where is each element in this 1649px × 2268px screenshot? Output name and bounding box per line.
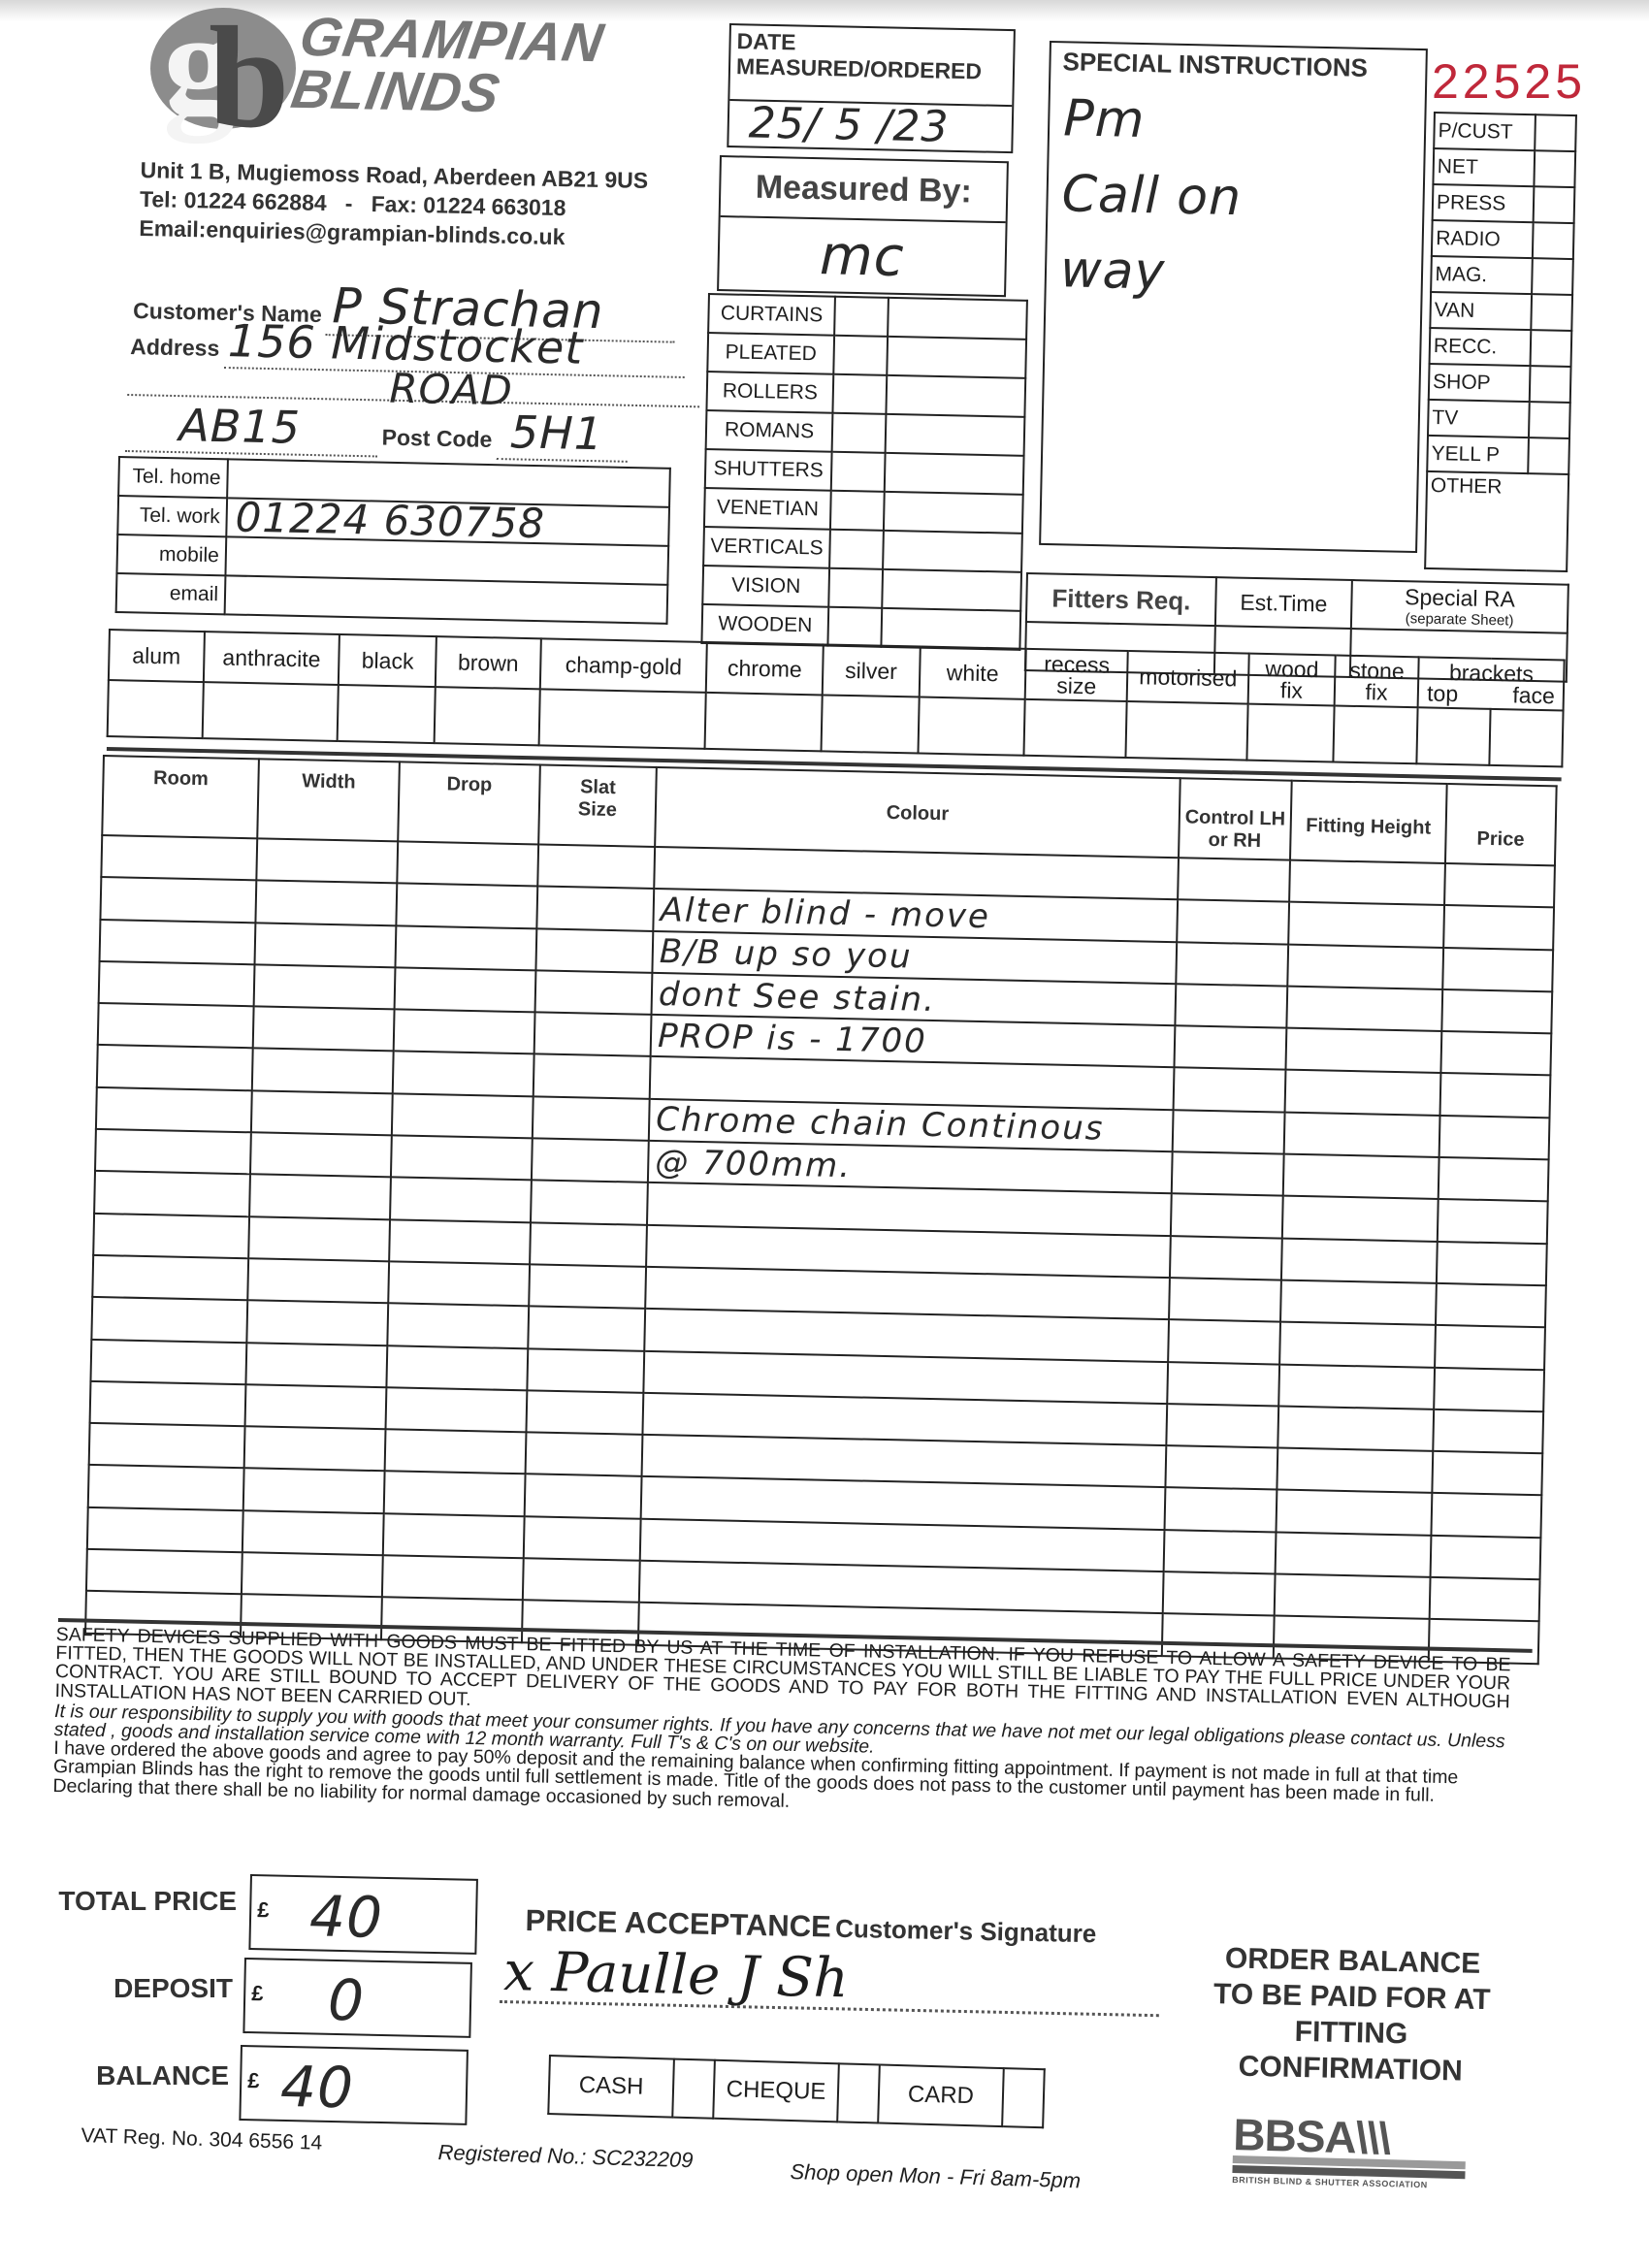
order-cell-price[interactable] — [1433, 1409, 1543, 1454]
product-row: ROLLERS — [706, 372, 1025, 417]
lead-source-checkbox[interactable] — [1534, 186, 1575, 223]
order-cell-slat[interactable] — [532, 1138, 649, 1183]
col-header-width: Width — [257, 759, 400, 841]
order-cell-width[interactable] — [256, 838, 398, 883]
order-cell-width[interactable] — [250, 1132, 392, 1177]
finish-header: anthracite — [204, 632, 340, 685]
logo-letter-b: b — [209, 5, 289, 150]
order-cell-width[interactable] — [251, 1090, 393, 1135]
order-cell-fitting-height[interactable] — [1284, 1112, 1440, 1157]
product-label: CURTAINS — [708, 294, 835, 336]
order-cell-room[interactable] — [99, 961, 255, 1007]
brackets-header: brackets topface — [1418, 657, 1565, 710]
order-cell-width[interactable] — [246, 1301, 388, 1345]
lead-source-label: MAG. — [1431, 256, 1533, 294]
vat-number: VAT Reg. No. 304 6556 14 — [81, 2124, 322, 2155]
order-cell-drop[interactable] — [382, 1555, 524, 1600]
order-cell-fitting-height[interactable] — [1279, 1322, 1436, 1368]
product-qty-cell[interactable] — [829, 530, 884, 569]
product-label: ROLLERS — [706, 372, 833, 413]
product-row: ROMANS — [706, 410, 1025, 456]
contact-label: mobile — [116, 535, 226, 575]
order-cell-slat[interactable] — [533, 1054, 651, 1099]
order-cell-drop[interactable] — [386, 1345, 528, 1390]
order-cell-control[interactable] — [1173, 1110, 1285, 1154]
product-qty-cell[interactable] — [831, 452, 886, 492]
finish-header: white — [919, 647, 1026, 699]
order-cell-drop[interactable] — [388, 1261, 530, 1306]
special-instructions-box: SPECIAL INSTRUCTIONS Pm Call on way — [1039, 41, 1428, 553]
order-cell-drop[interactable] — [390, 1178, 532, 1222]
lead-source-row: MAG. — [1431, 256, 1573, 295]
col-header-colour: Colour — [655, 767, 1180, 858]
col-header-fitting-height: Fitting Height — [1290, 781, 1447, 863]
special-ra-subtitle: (separate Sheet) — [1352, 609, 1567, 631]
lead-source-label: RECC. — [1430, 328, 1532, 366]
product-detail-cell[interactable] — [885, 453, 1024, 495]
product-detail-cell[interactable] — [888, 298, 1027, 340]
order-cell-fitting-height[interactable] — [1275, 1574, 1431, 1620]
order-cell-price[interactable] — [1441, 989, 1552, 1034]
date-value-field[interactable]: 25/ 5 /23 — [728, 101, 1012, 151]
date-measured-box: DATE MEASURED/ORDERED 25/ 5 /23 — [727, 23, 1016, 153]
payment-cheque-label: CHEQUE — [713, 2060, 839, 2122]
lead-source-checkbox[interactable] — [1531, 330, 1572, 367]
product-label: SHUTTERS — [705, 449, 832, 491]
order-cell-room[interactable] — [90, 1381, 246, 1427]
lead-source-table: P/CUST NET PRESS RADIO MAG. VAN RECC. SH… — [1424, 112, 1577, 572]
order-cell-price[interactable] — [1438, 1199, 1548, 1244]
product-label: WOODEN — [701, 604, 828, 646]
lead-source-label: P/CUST — [1434, 113, 1536, 150]
order-cell-slat[interactable] — [529, 1264, 646, 1309]
order-cell-drop[interactable] — [384, 1472, 526, 1516]
order-number: 22525 — [1432, 53, 1586, 110]
postcode-label: Post Code — [381, 425, 492, 452]
deposit-field[interactable]: 0 — [327, 1967, 365, 2034]
order-cell-drop[interactable] — [396, 884, 537, 928]
product-row: CURTAINS — [708, 294, 1027, 340]
company-contact-block: Unit 1 B, Mugiemoss Road, Aberdeen AB21 … — [139, 155, 648, 253]
order-cell-drop[interactable] — [389, 1219, 531, 1264]
finish-checkbox-black[interactable] — [338, 685, 436, 743]
order-cell-width[interactable] — [245, 1384, 387, 1429]
col-header-drop: Drop — [398, 761, 540, 844]
order-cell-width[interactable] — [252, 1049, 394, 1093]
order-cell-width[interactable] — [254, 964, 396, 1009]
order-cell-drop[interactable] — [394, 1010, 535, 1054]
lead-source-label: RADIO — [1432, 220, 1534, 258]
order-cell-fitting-height[interactable] — [1278, 1364, 1435, 1409]
lead-source-row: RECC. — [1430, 328, 1572, 367]
company-logo-text: GRAMPIAN BLINDS — [288, 11, 607, 122]
order-cell-slat[interactable] — [523, 1558, 640, 1603]
order-cell-fitting-height[interactable] — [1288, 902, 1444, 948]
order-cell-price[interactable] — [1440, 1073, 1551, 1118]
order-cell-room[interactable] — [92, 1255, 248, 1301]
order-cell-control[interactable] — [1174, 1025, 1286, 1070]
product-row: SHUTTERS — [705, 449, 1024, 495]
product-qty-cell[interactable] — [832, 413, 887, 453]
order-cell-price[interactable] — [1431, 1536, 1541, 1580]
lead-source-label: TV — [1428, 400, 1530, 437]
lead-source-label: NET — [1433, 148, 1535, 186]
measured-by-box: Measured By: mc — [717, 155, 1009, 297]
order-cell-drop[interactable] — [391, 1135, 533, 1180]
order-cell-control[interactable] — [1163, 1571, 1276, 1616]
order-cell-slat[interactable] — [534, 1013, 652, 1057]
lead-source-label: PRESS — [1433, 184, 1535, 222]
product-qty-cell[interactable] — [834, 297, 889, 337]
finish-checkbox-anthracite[interactable] — [202, 682, 339, 741]
product-detail-cell[interactable] — [884, 492, 1023, 534]
total-price-label: TOTAL PRICE — [43, 1886, 237, 1917]
order-cell-fitting-height[interactable] — [1277, 1406, 1434, 1451]
terms-block: SAFETY DEVICES SUPPLIED WITH GOODS MUST … — [52, 1626, 1510, 1826]
order-cell-control[interactable] — [1175, 984, 1287, 1028]
brackets-top-label: top — [1427, 682, 1458, 704]
price-acceptance-title: PRICE ACCEPTANCE — [525, 1903, 831, 1944]
lead-source-checkbox[interactable] — [1528, 437, 1569, 474]
order-cell-room[interactable] — [100, 920, 256, 965]
payment-method-table: CASH CHEQUE CARD — [547, 2055, 1046, 2128]
lead-source-label: SHOP — [1429, 364, 1531, 402]
order-cell-fitting-height[interactable] — [1286, 987, 1442, 1032]
order-cell-fitting-height[interactable] — [1283, 1154, 1439, 1200]
product-qty-cell[interactable] — [833, 336, 888, 375]
fitters-req-label: Fitters Req. — [1026, 573, 1216, 626]
order-cell-price[interactable] — [1439, 1116, 1550, 1160]
date-label: DATE MEASURED/ORDERED — [729, 25, 1014, 107]
order-cell-price[interactable] — [1444, 863, 1555, 908]
finish-checkbox-brown[interactable] — [435, 687, 540, 745]
finish-header: chrome — [706, 642, 824, 695]
product-qty-cell[interactable] — [830, 491, 885, 531]
order-cell-fitting-height[interactable] — [1285, 1070, 1441, 1116]
finish-checkbox-chrome[interactable] — [705, 693, 823, 751]
order-cell-fitting-height[interactable] — [1276, 1532, 1432, 1577]
order-cell-price[interactable] — [1436, 1283, 1546, 1328]
lead-source-other-field[interactable]: OTHER — [1425, 471, 1568, 571]
order-cell-drop[interactable] — [383, 1513, 525, 1558]
order-cell-slat[interactable] — [535, 970, 653, 1015]
brackets-top-checkbox[interactable] — [1417, 707, 1491, 765]
order-cell-control[interactable] — [1165, 1488, 1277, 1533]
bbsa-logo: BBSA\\\ BRITISH BLIND & SHUTTER ASSOCIAT… — [1232, 2115, 1467, 2190]
finish-header: stone fix — [1335, 655, 1419, 707]
order-cell-price[interactable] — [1431, 1493, 1541, 1538]
deposit-box: £ 0 — [242, 1958, 472, 2038]
order-cell-control[interactable] — [1178, 858, 1290, 902]
product-label: VERTICALS — [703, 527, 830, 568]
order-cell-control[interactable] — [1168, 1319, 1280, 1364]
pound-sign: £ — [251, 1981, 264, 2006]
order-cell-width[interactable] — [249, 1175, 391, 1219]
pound-sign: £ — [257, 1897, 270, 1923]
special-instructions-field[interactable]: Pm Call on way — [1046, 81, 1425, 315]
lead-source-row: VAN — [1430, 292, 1572, 331]
special-ra-label: Special RA(separate Sheet) — [1351, 580, 1568, 633]
lead-source-checkbox[interactable] — [1535, 114, 1576, 151]
order-cell-width[interactable] — [255, 881, 397, 925]
deposit-label: DEPOSIT — [39, 1973, 233, 2004]
order-cell-room[interactable] — [96, 1087, 252, 1133]
order-cell-width[interactable] — [245, 1343, 387, 1387]
order-cell-slat[interactable] — [536, 887, 654, 931]
lead-source-row: NET — [1433, 148, 1575, 187]
order-cell-slat[interactable] — [537, 844, 655, 889]
product-type-table: CURTAINS PLEATED ROLLERS ROMANS SHUTTERS… — [700, 293, 1028, 651]
lead-source-label: YELL P — [1427, 436, 1529, 473]
balance-box: £ 40 — [239, 2045, 469, 2125]
order-cell-room[interactable] — [88, 1465, 244, 1510]
payment-card-label: CARD — [878, 2065, 1004, 2127]
lead-source-row-other: OTHER — [1425, 471, 1568, 571]
order-cell-width[interactable] — [255, 923, 397, 967]
order-cell-slat[interactable] — [525, 1474, 642, 1519]
lead-source-checkbox[interactable] — [1530, 366, 1571, 403]
shop-hours: Shop open Mon - Fri 8am-5pm — [790, 2159, 1081, 2193]
email-field[interactable] — [225, 575, 668, 624]
order-cell-fitting-height[interactable] — [1289, 860, 1445, 906]
product-row: VERTICALS — [703, 527, 1022, 572]
order-cell-drop[interactable] — [386, 1387, 528, 1432]
product-qty-cell[interactable] — [827, 607, 882, 647]
product-label: VENETIAN — [704, 488, 831, 530]
finish-checkbox-silver[interactable] — [821, 695, 919, 753]
product-detail-cell[interactable] — [887, 337, 1026, 378]
order-cell-room[interactable] — [93, 1214, 249, 1259]
lead-source-row: PRESS — [1433, 184, 1575, 223]
order-cell-width[interactable] — [253, 1007, 395, 1052]
order-cell-width[interactable] — [244, 1426, 386, 1471]
order-cell-price[interactable] — [1434, 1367, 1544, 1411]
product-detail-cell[interactable] — [886, 414, 1025, 456]
contact-label: email — [116, 573, 226, 614]
order-cell-drop[interactable] — [385, 1429, 527, 1474]
order-cell-control[interactable] — [1164, 1530, 1277, 1574]
lead-source-checkbox[interactable] — [1535, 150, 1576, 187]
order-cell-room[interactable] — [86, 1549, 242, 1595]
order-cell-price[interactable] — [1443, 905, 1554, 950]
order-cell-fitting-height[interactable] — [1285, 1028, 1441, 1074]
order-balance-notice: ORDER BALANCE TO BE PAID FOR AT FITTING … — [1205, 1940, 1499, 2090]
order-cell-room[interactable] — [90, 1339, 246, 1384]
customer-signature-field[interactable]: x Paulle J Sh — [503, 1940, 850, 2010]
order-cell-width[interactable] — [242, 1552, 383, 1597]
order-cell-room[interactable] — [94, 1171, 250, 1216]
special-ra-title: Special RA — [1405, 584, 1515, 611]
product-detail-cell[interactable] — [882, 569, 1021, 611]
lead-source-row: RADIO — [1432, 220, 1574, 259]
order-cell-control[interactable] — [1174, 1068, 1286, 1113]
order-cell-room[interactable] — [97, 1045, 253, 1090]
order-cell-drop[interactable] — [387, 1304, 529, 1348]
finish-header: recess size — [1025, 649, 1128, 701]
order-cell-room[interactable] — [95, 1129, 251, 1175]
col-header-room: Room — [102, 756, 259, 838]
finish-header: alum — [109, 630, 205, 682]
order-cell-slat[interactable] — [524, 1516, 641, 1561]
finish-header: black — [339, 634, 436, 687]
product-label: VISION — [702, 566, 829, 607]
payment-card-checkbox[interactable] — [1002, 2068, 1045, 2127]
order-cell-price[interactable] — [1440, 1031, 1551, 1076]
finish-checkbox-recess-size[interactable] — [1024, 699, 1127, 758]
order-lines-table: Room Width Drop Slat Size Colour Control… — [84, 755, 1558, 1665]
lead-source-row: YELL P — [1427, 436, 1569, 474]
finish-header: wood fix — [1248, 654, 1336, 706]
pound-sign: £ — [247, 2068, 260, 2093]
order-cell-price[interactable] — [1430, 1577, 1540, 1622]
product-qty-cell[interactable] — [828, 568, 883, 608]
order-cell-slat[interactable] — [531, 1181, 648, 1225]
order-cell-price[interactable] — [1442, 948, 1553, 992]
lead-source-checkbox[interactable] — [1529, 402, 1570, 438]
order-cell-control[interactable] — [1167, 1362, 1279, 1407]
order-cell-drop[interactable] — [393, 1052, 534, 1096]
product-detail-cell[interactable] — [886, 375, 1025, 417]
total-price-box: £ 40 — [248, 1874, 478, 1955]
order-cell-control[interactable] — [1177, 900, 1289, 945]
order-cell-fitting-height[interactable] — [1280, 1280, 1437, 1326]
order-cell-fitting-height[interactable] — [1282, 1196, 1439, 1242]
order-cell-price[interactable] — [1439, 1157, 1549, 1202]
product-label: ROMANS — [706, 410, 833, 452]
postcode-field[interactable]: 5H1 — [496, 405, 628, 463]
order-cell-control[interactable] — [1171, 1194, 1283, 1239]
address-line3-field[interactable]: AB15 — [125, 398, 378, 457]
brackets-face-label: face — [1512, 684, 1555, 706]
order-cell-room[interactable] — [89, 1423, 245, 1469]
lead-source-row: SHOP — [1429, 364, 1571, 403]
finish-checkbox-champ-gold[interactable] — [538, 689, 706, 749]
measured-by-field[interactable]: mc — [719, 217, 1006, 297]
lead-source-label: VAN — [1430, 292, 1532, 330]
order-cell-control[interactable] — [1165, 1445, 1277, 1490]
col-header-price: Price — [1445, 784, 1557, 865]
order-cell-price[interactable] — [1432, 1451, 1542, 1496]
finish-checkbox-alum[interactable] — [108, 680, 204, 738]
order-cell-room[interactable] — [101, 835, 257, 881]
contact-label: Tel. work — [117, 496, 227, 536]
order-cell-fitting-height[interactable] — [1287, 944, 1443, 989]
lead-source-checkbox[interactable] — [1533, 222, 1574, 259]
tel-work-field[interactable]: 01224 630758 — [226, 498, 669, 546]
product-detail-cell[interactable] — [881, 608, 1020, 650]
order-cell-slat[interactable] — [527, 1348, 644, 1393]
bbsa-mark: BBSA\\\ — [1233, 2115, 1467, 2159]
product-row: VISION — [702, 566, 1021, 611]
finish-checkbox-wood-fix[interactable] — [1246, 704, 1334, 762]
order-cell-slat[interactable] — [526, 1390, 643, 1435]
measured-by-label: Measured By: — [721, 157, 1007, 223]
payment-cash-label: CASH — [548, 2056, 674, 2118]
order-cell-room[interactable] — [98, 1003, 254, 1049]
lead-source-checkbox[interactable] — [1532, 294, 1573, 331]
lead-source-checkbox[interactable] — [1532, 258, 1573, 295]
order-cell-room[interactable] — [100, 877, 256, 923]
order-cell-control[interactable] — [1170, 1236, 1282, 1280]
payment-cash-checkbox[interactable] — [672, 2059, 715, 2119]
contact-label: Tel. home — [118, 457, 228, 498]
order-cell-width[interactable] — [242, 1510, 384, 1555]
order-cell-slat[interactable] — [535, 928, 653, 973]
order-cell-drop[interactable] — [395, 925, 536, 970]
order-cell-price[interactable] — [1437, 1242, 1547, 1286]
brackets-face-checkbox[interactable] — [1489, 709, 1563, 767]
finish-checkbox-white[interactable] — [918, 697, 1025, 756]
balance-field[interactable]: 40 — [279, 2054, 354, 2122]
order-cell-width[interactable] — [247, 1258, 389, 1303]
finish-header: motorised — [1127, 651, 1249, 704]
product-row: PLEATED — [707, 333, 1026, 378]
lead-source-row: TV — [1428, 400, 1570, 438]
customer-signature-label: Customer's Signature — [835, 1914, 1097, 1949]
col-header-slat-size: Slat Size — [538, 764, 657, 846]
date-label-line2: MEASURED/ORDERED — [736, 53, 1007, 84]
order-cell-width[interactable] — [243, 1469, 385, 1513]
order-cell-fitting-height[interactable] — [1277, 1448, 1433, 1494]
order-cell-fitting-height[interactable] — [1281, 1238, 1438, 1283]
order-cell-room[interactable] — [91, 1297, 247, 1343]
registered-number: Registered No.: SC232209 — [437, 2140, 694, 2173]
order-cell-price[interactable] — [1435, 1325, 1545, 1370]
address-label: Address — [130, 334, 220, 361]
order-cell-drop[interactable] — [395, 967, 536, 1012]
col-header-control: Control LH or RH — [1179, 778, 1292, 859]
order-cell-control[interactable] — [1172, 1151, 1284, 1196]
order-cell-drop[interactable] — [397, 841, 538, 886]
balance-label: BALANCE — [35, 2060, 229, 2091]
total-price-field[interactable]: 40 — [308, 1883, 383, 1951]
order-cell-drop[interactable] — [392, 1093, 533, 1138]
order-form-page: g b GRAMPIAN BLINDS Unit 1 B, Mugiemoss … — [0, 0, 1649, 2268]
order-cell-control[interactable] — [1166, 1404, 1278, 1448]
address-line3-row: AB15 Post Code 5H1 — [125, 398, 698, 464]
finish-header: brown — [436, 636, 541, 689]
order-cell-control[interactable] — [1169, 1278, 1281, 1322]
contact-table: Tel. home Tel. work01224 630758 mobile e… — [115, 456, 671, 625]
finish-header: silver — [823, 644, 921, 697]
order-cell-control[interactable] — [1176, 942, 1288, 987]
lead-source-row: P/CUST — [1434, 113, 1576, 151]
order-cell-slat[interactable] — [528, 1307, 645, 1351]
product-label: PLEATED — [707, 333, 834, 374]
product-row: VENETIAN — [704, 488, 1023, 534]
order-cell-slat[interactable] — [533, 1096, 650, 1141]
product-qty-cell[interactable] — [832, 374, 887, 414]
order-cell-slat[interactable] — [530, 1222, 647, 1267]
payment-cheque-checkbox[interactable] — [837, 2063, 880, 2122]
order-cell-fitting-height[interactable] — [1276, 1490, 1432, 1536]
est-time-label: Est.Time — [1215, 577, 1352, 629]
order-cell-room[interactable] — [87, 1507, 243, 1553]
order-cell-width[interactable] — [248, 1216, 390, 1261]
finish-checkbox-stone-fix[interactable] — [1333, 705, 1417, 763]
order-cell-slat[interactable] — [526, 1432, 643, 1476]
finish-checkbox-motorised[interactable] — [1126, 701, 1248, 761]
finish-header: champ-gold — [540, 638, 707, 693]
product-detail-cell[interactable] — [883, 531, 1022, 572]
